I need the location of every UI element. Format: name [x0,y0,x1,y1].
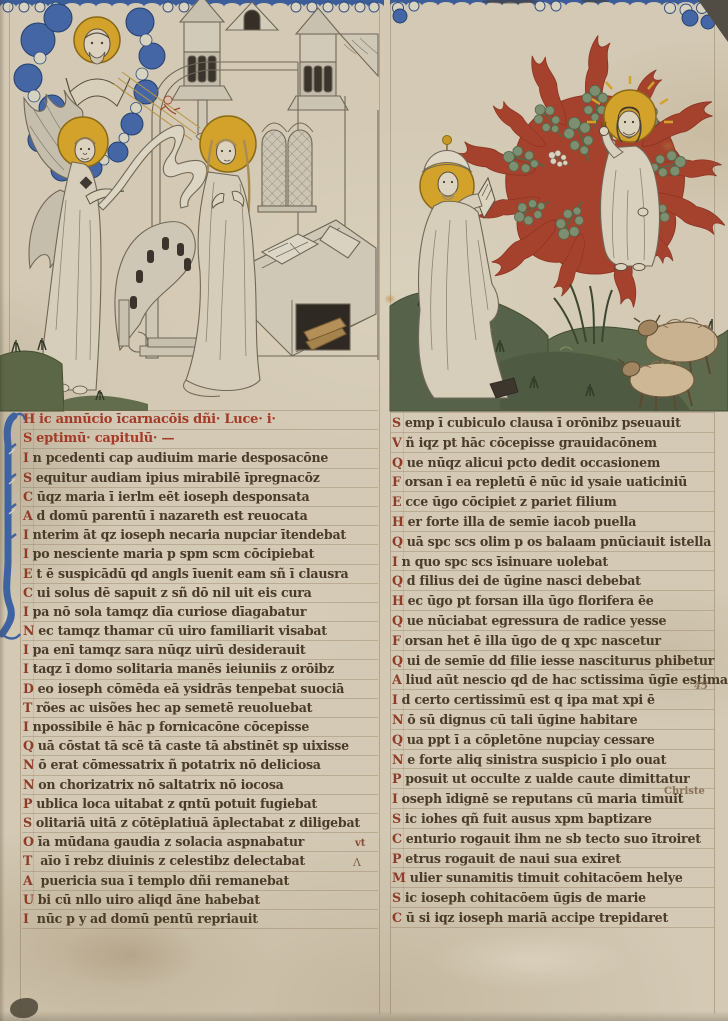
page-edge-shadow [0,0,5,1021]
line-text: nūc p y ad domū pentū repriauit [33,911,258,926]
line-initial: V [391,435,406,450]
line-initial: C [22,585,37,600]
line-initial: E [22,566,36,581]
line-initial: I [22,661,33,676]
cloud-border-right [390,0,728,29]
text-line: Hec ūgo pt forsan illa ūgo florifera ēe [391,591,714,611]
line-text: d filius dei de ūgine nasci debebat [407,573,641,588]
line-initial: U [22,892,38,907]
line-text: ui solus dē sapuit z sñ dō nil uit eis c… [37,585,312,600]
text-line: Deo ioseph cōmēda eā ysidrās tenpebat su… [22,680,378,699]
line-text: ūqz maria ī ierlm eēt ioseph desponsata [37,489,310,504]
line-text: ui de semīe dd filie iesse nasciturus ph… [407,653,714,668]
line-text: d domū parentū ī nazareth est reuocata [37,508,308,523]
line-text: on chorizatrix nō saltatrix nō iocosa [38,777,283,792]
text-line: Itaqz ī domo solitaria manēs ieiuniis z … [22,660,378,679]
line-initial: Q [22,738,38,753]
text-line: Cūqz maria ī ierlm eēt ioseph desponsata [22,488,378,507]
line-text: equitur audiam ipius mirabilē īpregnacōz [36,470,320,485]
text-line: Her forte illa de semīe iacob puella [391,512,714,532]
line-initial: F [391,633,405,648]
line-initial: H [391,514,408,529]
line-initial: I [22,604,33,619]
line-initial: M [391,870,410,885]
line-initial: N [391,752,407,767]
line-initial: A [391,672,406,687]
line-initial: A [22,508,37,523]
line-text: oseph īdignē se reputans cū maria timuit [402,791,684,806]
text-line: Ad domū parentū ī nazareth est reuocata [22,507,378,526]
line-text: er forte illa de semīe iacob puella [408,514,637,529]
line-text: etrus rogauit de naui sua exiret [405,851,621,866]
line-text: nterim āt qz ioseph necaria nupciar īten… [33,527,346,542]
line-initial: Q [391,455,407,470]
line-initial: I [22,642,33,657]
line-text: orsan ī ea repletū ē nūc id ysaie uatici… [405,474,687,489]
line-initial: I [22,546,33,561]
line-text: n pcedenti cap audiuim marie desposacōne [33,450,328,465]
line-initial: S [22,470,36,485]
line-initial: S [391,811,405,826]
burning-bush [453,36,728,311]
line-initial: I [22,450,33,465]
text-line: Qua ppt ī a cōpletōne nupciay cessare [391,730,714,750]
text-line: Sic ioseph cohitacōem ūgis de marie [391,888,714,908]
line-initial: C [22,489,37,504]
line-text: liud aūt nescio qd de hac sctissima ūgīe… [406,672,728,687]
line-initial: S [391,415,405,430]
text-line: Interim āt qz ioseph necaria nupciar īte… [22,526,378,545]
annunciation-miniature [0,0,378,411]
line-initial: Q [391,732,407,747]
line-initial: P [391,851,405,866]
text-line: Publica loca uitabat z qntū potuit fugie… [22,795,378,814]
text-line: Forsan het ē illa ūgo de q xpc nascetur [391,631,714,651]
line-text: n quo spc scs īsinuare uolebat [402,554,608,569]
line-text: ulier sunamitis timuit cohitacōem helye [410,870,683,885]
mary-figure [184,116,260,396]
text-line: Nō sū dignus cū tali ūgine habitare [391,710,714,730]
line-text: taqz ī domo solitaria manēs ieiuniis z o… [33,661,334,676]
line-initial: I [22,527,33,542]
line-text: ō erat cōmessatrix ñ potatrix nō delicio… [38,757,320,772]
margin-numeral: 45 [694,681,708,692]
line-text: ñ iqz pt hāc cōcepisse grauidacōnem [406,435,657,450]
line-initial: A [22,873,37,888]
line-initial: Q [391,653,407,668]
text-line: Centurio rogauit ihm ne sb tecto suo ītr… [391,829,714,849]
text-line: Cui solus dē sapuit z sñ dō nil uit eis … [22,584,378,603]
gutter-caret-mark: Λ [353,856,361,869]
text-line: Ipa enī tamqz sara nūqz uirū desiderauit [22,641,378,660]
text-line: Mulier sunamitis timuit cohitacōem helye [391,868,714,888]
line-initial: E [391,494,405,509]
line-initial: N [22,623,38,638]
line-initial: T [22,700,36,715]
line-text: olitariā uitā z cōtēplatiuā āplectabat z… [36,815,360,830]
text-line: Ubi cū nllo uiro aliqd āne habebat [22,891,378,910]
line-initial: S [391,890,405,905]
line-text: ua ppt ī a cōpletōne nupciay cessare [407,732,655,747]
gutter-insertion-word: vt [355,838,365,849]
ruling-line [9,4,10,408]
line-text: ic iohes qñ fuit ausus xpm baptizare [405,811,652,826]
text-line: Trões ac uisões hec ap semetē reuoluebat [22,699,378,718]
stain [430,930,630,990]
line-initial: S [22,815,36,830]
line-initial: I [22,911,33,926]
line-text: pa enī tamqz sara nūqz uirū desiderauit [33,642,306,657]
margin-note: Christe [664,786,705,797]
line-initial: Q [391,534,407,549]
text-line: Cū si iqz ioseph mariā accipe trepidaret [391,908,714,928]
text-line: In quo spc scs īsinuare uolebat [391,552,714,572]
text-line: Solitariā uitā z cōtēplatiuā āplectabat … [22,814,378,833]
line-text: eptimū· capitulū· — [36,431,174,446]
line-text: cce ūgo cōcipiet z pariet filium [405,494,616,509]
line-initial: H [391,593,408,608]
left-text-column: Hic annūcio īcarnacōis dñi· Luce· i·Sept… [22,410,378,929]
line-text: uā spc scs olim p os balaam pnūciauit is… [407,534,711,549]
text-line: Ipa nō sola tamqz dīa curiose dīagabatur [22,603,378,622]
right-text-column: Semp ī cubiculo clausa ī orōnibz pseuaui… [391,412,714,928]
text-line: Non chorizatrix nō saltatrix nō iocosa [22,776,378,795]
rubric-line: Hic annūcio īcarnacōis dñi· Luce· i· [22,411,378,430]
ruling-line [379,4,380,1014]
line-initial: I [391,554,402,569]
right-column-verses: Semp ī cubiculo clausa ī orōnibz pseuaui… [391,413,714,928]
line-initial: Q [391,573,407,588]
line-text: pa nō sola tamqz dīa curiose dīagabatur [33,604,307,619]
page-edge-shadow [0,1011,728,1021]
line-text: ue nūqz alicui pcto dedit occasionem [407,455,660,470]
text-line: Vñ iqz pt hāc cōcepisse grauidacōnem [391,433,714,453]
line-text: ic ioseph cohitacōem ūgis de marie [405,890,646,905]
line-initial: C [391,831,406,846]
line-text: rões ac uisões hec ap semetē reuoluebat [36,700,312,715]
line-text: ec ūgo pt forsan illa ūgo florifera ēe [408,593,654,608]
line-text: posuit ut occulte z ualde caute dimittat… [405,771,689,786]
line-text: bi cū nllo uiro aliqd āne habebat [38,892,260,907]
text-line: Que nūciabat egressura de radice yesse [391,611,714,631]
text-line: Nec tamqz thamar cū uiro familiarit visa… [22,622,378,641]
line-text: ublica loca uitabat z qntū potuit fugieb… [36,796,317,811]
line-text: t ē suspicādū qd angls īuenit eam sñ ī c… [36,566,348,581]
line-initial: T [22,853,36,868]
line-text: puericia sua ī templo dñi remanebat [37,873,289,888]
arcade-screen [115,222,210,356]
line-text: uā cōstat tā scē tā caste tā abstinēt sp… [38,738,349,753]
line-initial: I [391,791,402,806]
line-initial: N [391,712,407,727]
text-line: Ecce ūgo cōcipiet z pariet filium [391,492,714,512]
line-text: emp ī cubiculo clausa ī orōnibz pseuauit [405,415,681,430]
text-line: Que nūqz alicui pcto dedit occasionem [391,453,714,473]
text-line: Nō erat cōmessatrix ñ potatrix nō delici… [22,756,378,775]
line-text: ue nūciabat egressura de radice yesse [407,613,667,628]
line-text: orsan het ē illa ūgo de q xpc nascetur [405,633,661,648]
text-line: Quā spc scs olim p os balaam pnūciauit i… [391,532,714,552]
rubric-line: Septimū· capitulū· — [22,430,378,449]
line-initial: O [22,834,38,849]
manuscript-page: Hic annūcio īcarnacōis dñi· Luce· i·Sept… [0,0,728,1021]
text-line: Inpossibile ē hāc p fornicacōne cōcepiss… [22,718,378,737]
text-line: Qd filius dei de ūgine nasci debebat [391,571,714,591]
text-line: Ipo nesciente maria p spm scm cōcipiebat [22,545,378,564]
line-initial: C [391,910,406,925]
text-line: Id certo certissimū est q ipa mat xpi ē [391,690,714,710]
line-text: aīo ī rebz diuinis z celestibz delectaba… [36,853,305,868]
text-line: A puericia sua ī templo dñi remanebat [22,872,378,891]
line-text: ic annūcio īcarnacōis dñi· Luce· i· [39,412,276,427]
line-text: enturio rogauit ihm ne sb tecto suo ītro… [406,831,701,846]
line-initial: P [391,771,405,786]
text-line: In pcedenti cap audiuim marie desposacōn… [22,449,378,468]
text-line: T aīo ī rebz diuinis z celestibz delecta… [22,852,378,871]
line-initial: D [22,681,38,696]
text-line: Sequitur audiam ipius mirabilē īpregnacō… [22,469,378,488]
line-initial: I [391,692,402,707]
line-text: īa mūdana gaudia z solacia aspnabatur [38,834,304,849]
text-line: Ne forte aliq sinistra suspicio ī plo ou… [391,750,714,770]
line-initial: N [22,757,38,772]
text-line: Semp ī cubiculo clausa ī orōnibz pseuaui… [391,413,714,433]
line-text: d certo certissimū est q ipa mat xpi ē [402,692,655,707]
line-initial: S [22,431,36,446]
line-text: ec tamqz thamar cū uiro familiarit visab… [38,623,327,638]
line-text: ū si iqz ioseph mariā accipe trepidaret [406,910,668,925]
line-text: e forte aliq sinistra suspicio ī plo oua… [407,752,666,767]
text-line: Et ē suspicādū qd angls īuenit eam sñ ī … [22,565,378,584]
line-text: eo ioseph cōmēda eā ysidrās tenpebat suo… [38,681,345,696]
text-line: Quā cōstat tā scē tā caste tā abstinēt s… [22,737,378,756]
text-line: Petrus rogauit de naui sua exiret [391,849,714,869]
line-initial: N [22,777,38,792]
text-line: Qui de semīe dd filie iesse nasciturus p… [391,651,714,671]
line-initial: I [22,719,33,734]
rubric: Hic annūcio īcarnacōis dñi· Luce· i·Sept… [22,411,378,449]
stain [60,920,200,990]
gothic-architecture [146,0,378,360]
line-initial: Q [391,613,407,628]
text-line: Forsan ī ea repletū ē nūc id ysaie uatic… [391,472,714,492]
line-text: npossibile ē hāc p fornicacōne cōcepisse [33,719,309,734]
line-initial: F [391,474,405,489]
left-column-verses: In pcedenti cap audiuim marie desposacōn… [22,449,378,929]
text-line: Aliud aūt nescio qd de hac sctissima ūgī… [391,670,714,690]
line-initial: H [22,412,39,427]
line-initial: P [22,796,36,811]
ruling-line [714,4,715,1014]
text-line: Sic iohes qñ fuit ausus xpm baptizare [391,809,714,829]
text-line: Oīa mūdana gaudia z solacia aspnabatur [22,833,378,852]
burning-bush-miniature [390,0,728,411]
text-line: I nūc p y ad domū pentū repriauit [22,910,378,929]
line-text: ō sū dignus cū tali ūgine habitare [407,712,637,727]
line-text: po nesciente maria p spm scm cōcipiebat [33,546,315,561]
